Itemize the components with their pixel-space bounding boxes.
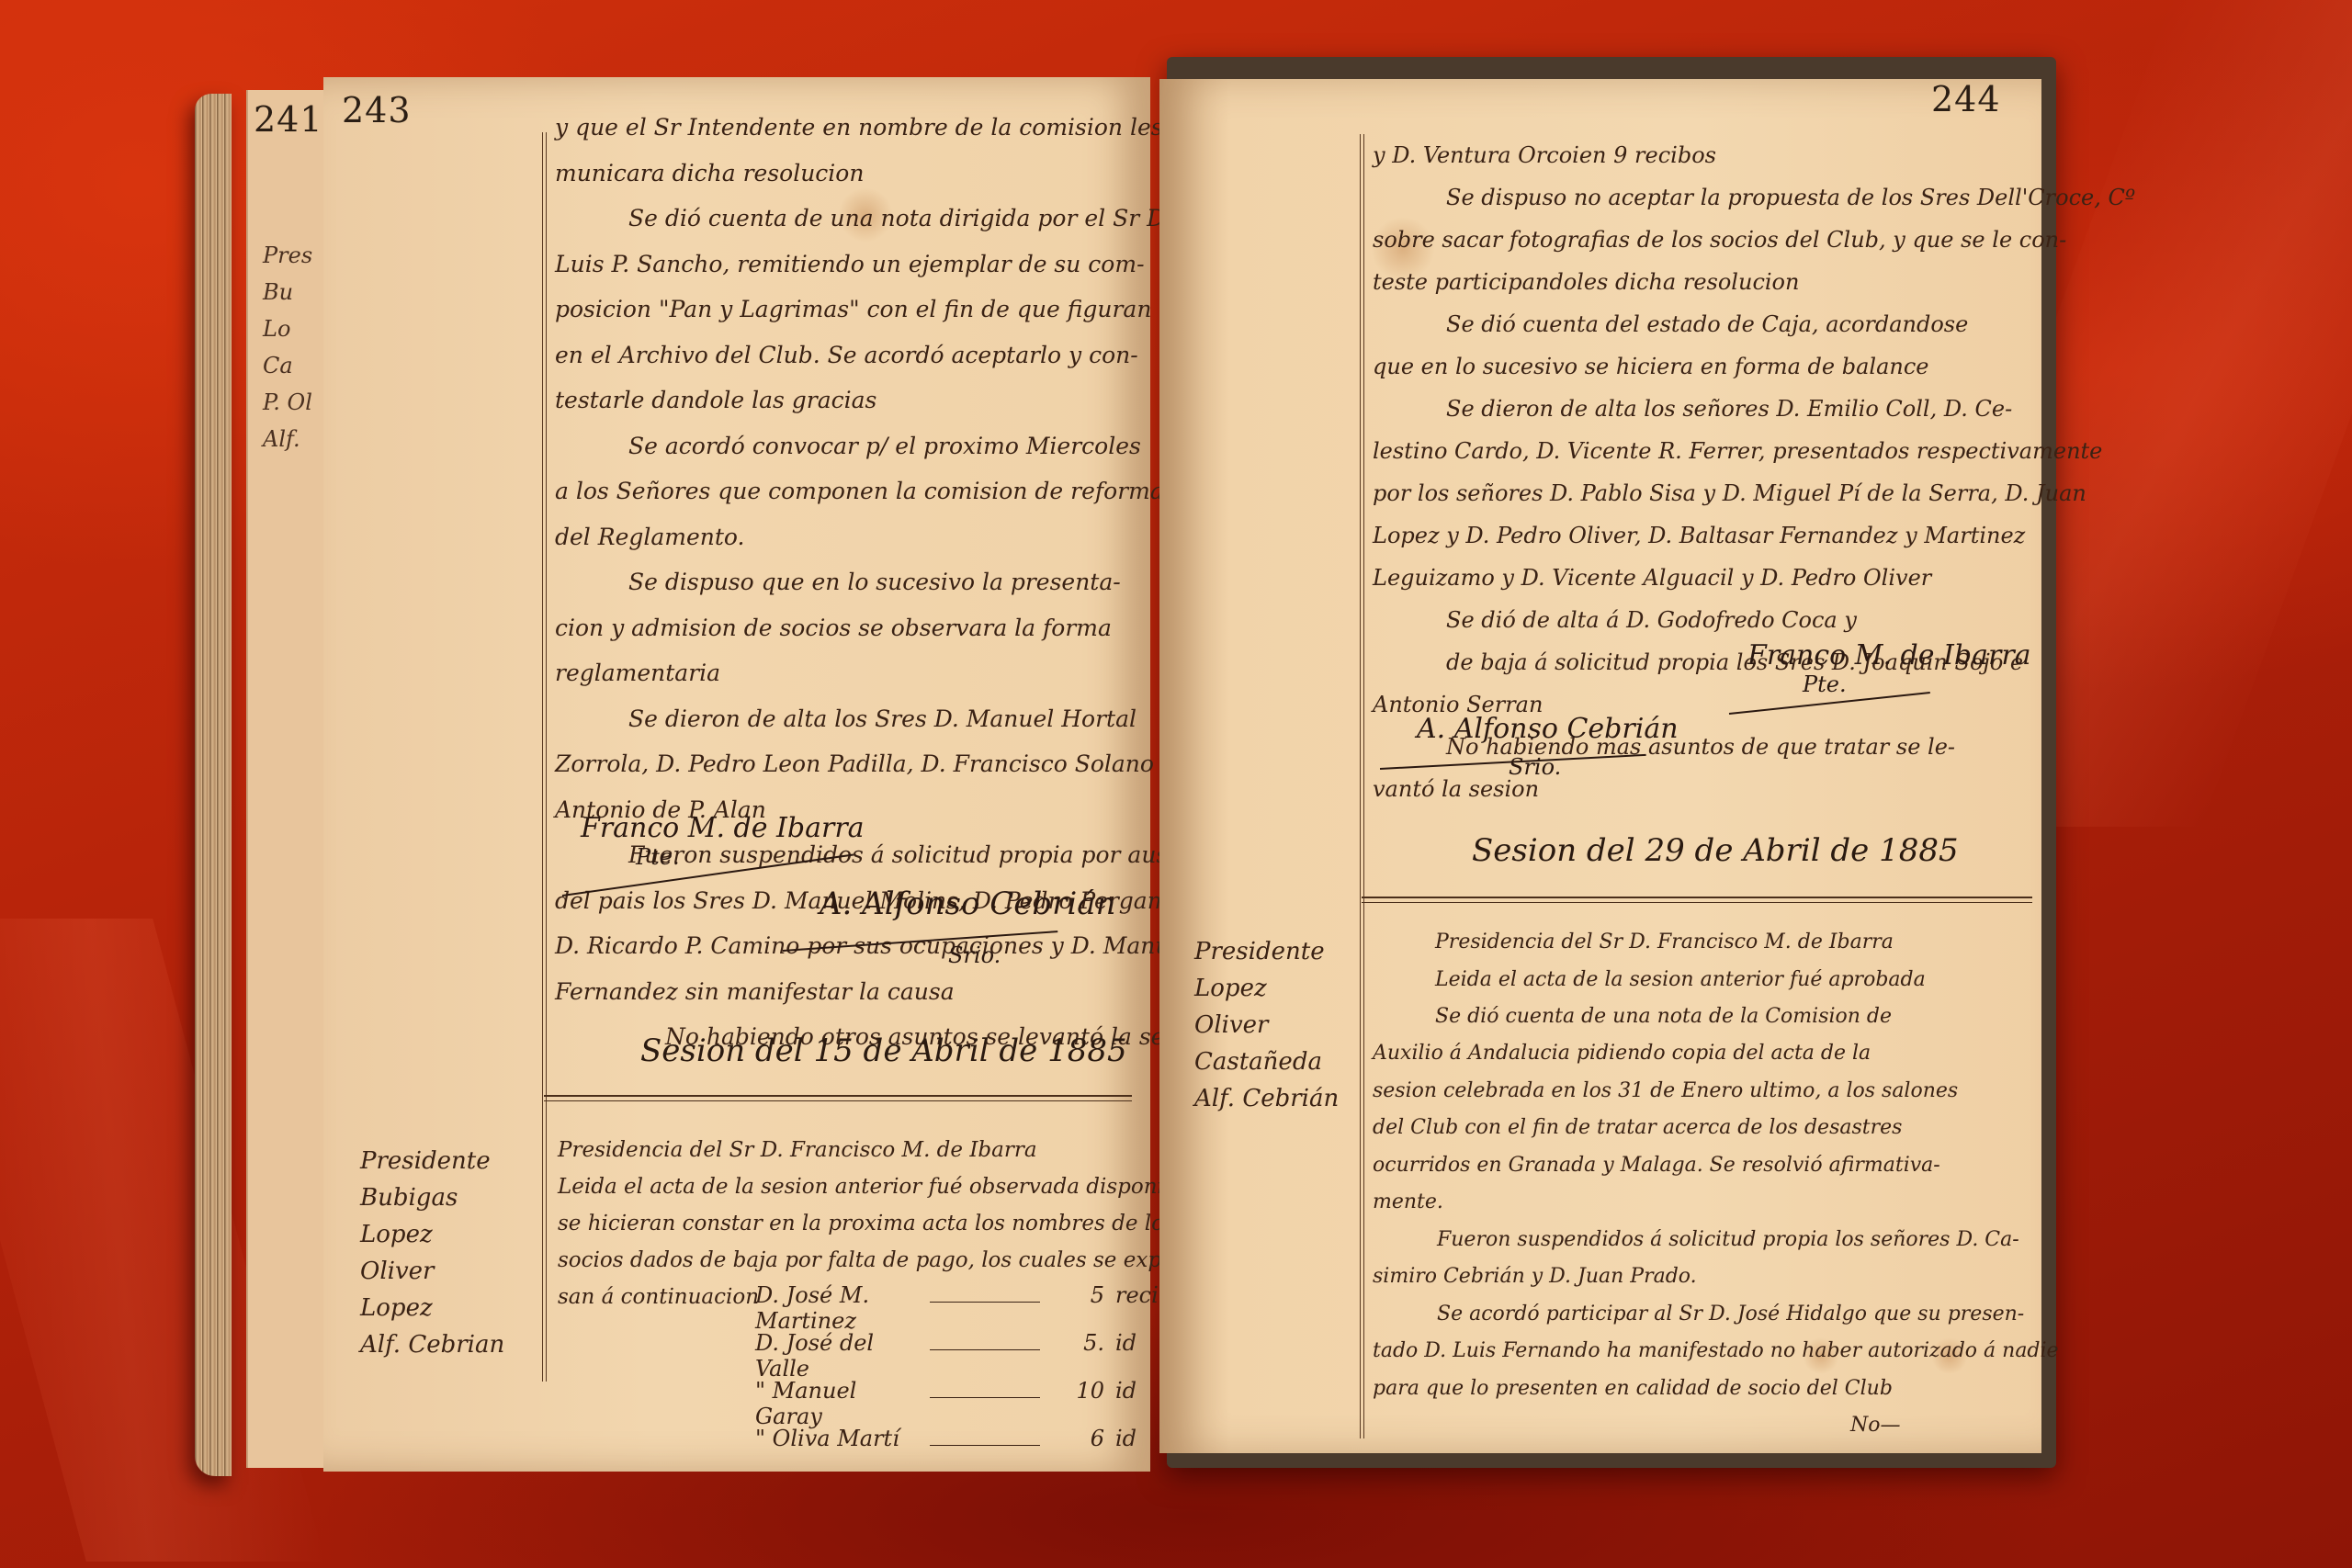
dues-row: D. José del Valle 5. id (755, 1330, 1170, 1378)
page-edges (195, 94, 232, 1476)
signature-secretary: A. Alfonso Cebrián Srio. (1417, 713, 1679, 780)
session-divider (1362, 897, 2032, 903)
right-page: 244 y D. Ventura Orcoien 9 recibos Se di… (1159, 79, 2041, 1453)
page-number-243: 243 (342, 90, 412, 130)
right-page-minutes-continuation: y D. Ventura Orcoien 9 recibos Se dispus… (1373, 134, 2135, 810)
page-number-244: 244 (1931, 79, 2001, 119)
signature-secretary: A. Alfonso Cebrián Srio. (820, 886, 1115, 968)
margin-rule (542, 132, 547, 1382)
page-number-241: 241 (254, 99, 323, 140)
underlying-margin-list: Pres Bu Lo Ca P. Ol Alf. (263, 237, 312, 457)
session-divider (544, 1095, 1132, 1101)
left-page: 243 y que el Sr Intendente en nombre de … (323, 77, 1150, 1472)
minutes-april-29-body: Auxilio á Andalucia pidiendo copia del a… (1373, 1035, 2059, 1445)
session-heading-april-15: Sesion del 15 de Abril de 1885 (640, 1032, 1127, 1069)
session-heading-april-29: Sesion del 29 de Abril de 1885 (1472, 832, 1959, 869)
dues-row: " Manuel Garay 10 id (755, 1378, 1170, 1426)
dues-row: D. José M. Martinez 5 recibos (755, 1282, 1170, 1330)
dues-table: D. José M. Martinez 5 recibos D. José de… (755, 1282, 1170, 1473)
dues-row: " Oliva Martí 6 id (755, 1426, 1170, 1473)
signature-president: Franco M. de Ibarra Pte. (581, 812, 865, 870)
minutes-april-29: Presidencia del Sr D. Francisco M. de Ib… (1435, 924, 1926, 1036)
attendees-april-15: Presidente Bubigas Lopez Oliver Lopez Al… (360, 1143, 504, 1363)
signature-president: Franco M. de Ibarra Pte. (1747, 639, 2031, 697)
margin-rule (1360, 134, 1364, 1438)
attendees-april-29: Presidente Lopez Oliver Castañeda Alf. C… (1194, 933, 1339, 1117)
